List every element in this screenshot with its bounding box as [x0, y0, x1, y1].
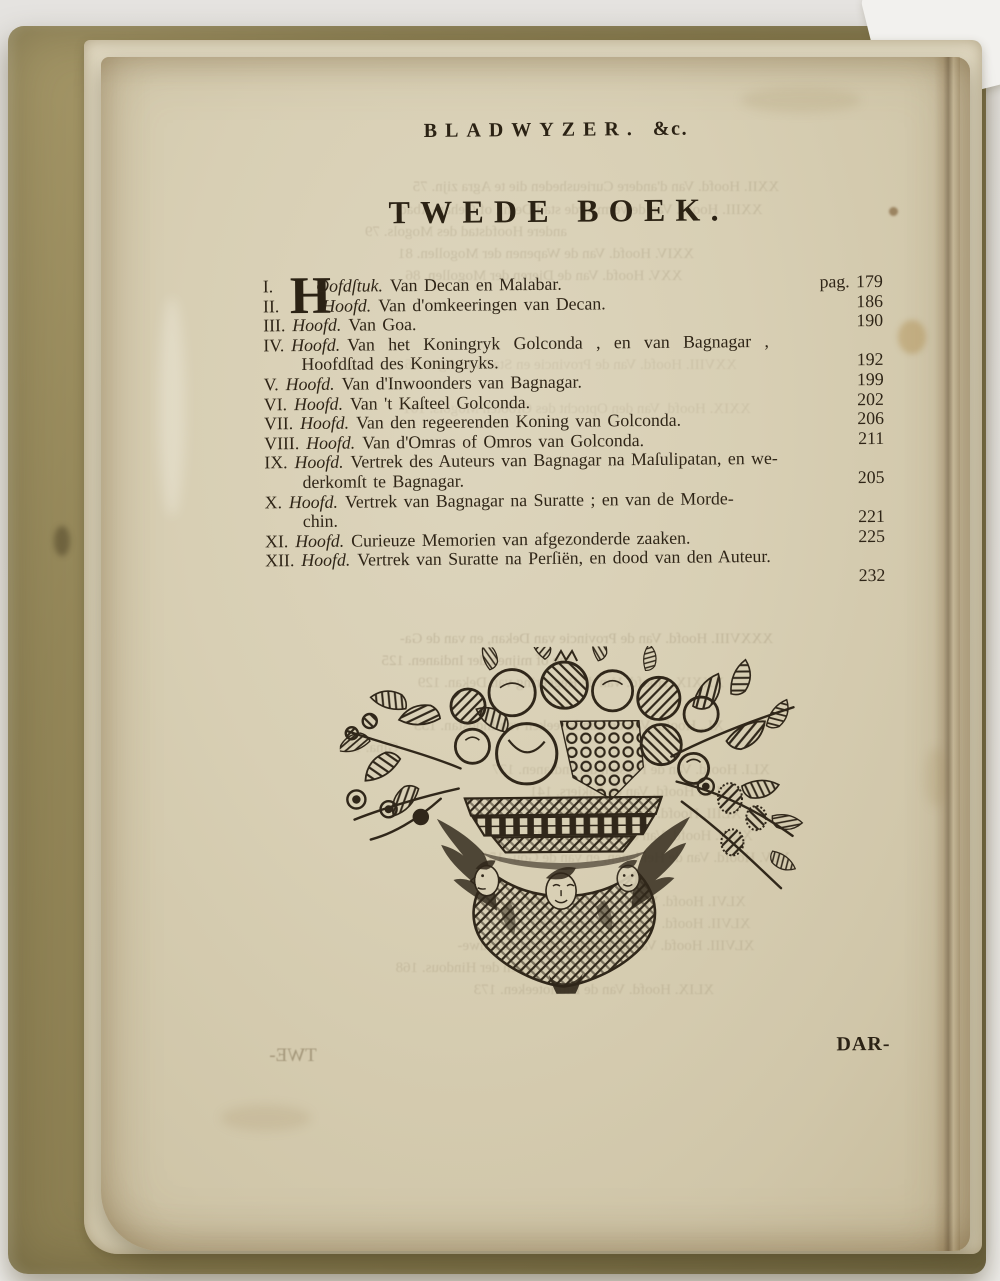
toc-chapter-title: Vertrek van Bagnagar na Suratte ; en van…: [303, 488, 734, 531]
book-page: XXII. Hoofd. Van d'andere Curieusheden d…: [101, 57, 970, 1251]
toc-roman-numeral: III.: [263, 315, 285, 335]
toc-roman-numeral: VI.: [264, 394, 287, 414]
toc-roman-numeral: X.: [265, 492, 282, 512]
toc-page-value: 190: [856, 310, 883, 330]
toc-chapter-title: Vertrek des Auteurs van Bagnagar na Maſu…: [302, 448, 777, 492]
toc-page-number: 225: [858, 527, 885, 547]
toc-chapter-label: Hoofd.: [292, 315, 341, 335]
toc-roman-numeral: II.: [263, 296, 279, 316]
toc-chapter-label: Hoofd.: [300, 413, 349, 433]
toc-roman-numeral: VII.: [264, 413, 293, 433]
toc-page-value: 211: [858, 428, 884, 448]
book-title: TWEDE BOEK.: [124, 189, 993, 234]
toc-chapter-title: Van Goa.: [348, 314, 416, 335]
toc-chapter-title: Van d'Inwoonders van Bagnagar.: [341, 372, 581, 394]
toc-entry: X.Hoofd.Vertrek van Bagnagar na Suratte …: [265, 487, 885, 532]
catchword: DAR-: [836, 1033, 890, 1056]
toc-page-value: 186: [856, 291, 883, 311]
toc-chapter-label: Hoofd.: [294, 393, 343, 413]
toc-page-number: pag. 179: [819, 272, 882, 292]
toc-chapter-title: Van Decan en Malabar.: [390, 274, 562, 295]
toc-chapter-title: Vertrek van Suratte na Perſiën, en dood …: [357, 546, 771, 570]
toc-page-prefix: pag.: [819, 271, 856, 291]
toc-chapter-label: Hoofd.: [295, 530, 344, 550]
toc-chapter-label: Hoofd.: [306, 432, 355, 452]
toc-roman-numeral: IV.: [263, 335, 284, 355]
toc-chapter-label: Hoofd.: [291, 334, 340, 354]
running-head: BLADWYZER. &c.: [121, 115, 990, 146]
toc-chapter-title: Van 't Kaſteel Golconda.: [350, 392, 530, 414]
toc-page-value: 206: [857, 408, 884, 428]
table-of-contents: H I.Oofdſtuk.Van Decan en Malabar.pag. 1…: [263, 272, 886, 591]
running-head-suffix: &c.: [653, 118, 689, 140]
toc-page-value: 221: [858, 506, 885, 526]
running-head-main: BLADWYZER.: [424, 118, 640, 142]
toc-chapter-title: Van het Koningryk Golconda , en van Bagn…: [301, 331, 769, 375]
toc-page-value: 192: [857, 349, 884, 369]
toc-roman-numeral: VIII.: [264, 433, 299, 453]
toc-roman-numeral: IX.: [264, 453, 287, 473]
toc-chapter-label: Oofdſtuk.: [316, 275, 383, 296]
toc-chapter-label: Hoofd.: [322, 295, 371, 315]
toc-chapter-title: Van d'omkeeringen van Decan.: [378, 293, 606, 315]
toc-entry: IX.Hoofd.Vertrek des Auteurs van Bagnaga…: [264, 448, 884, 493]
toc-page-value: 205: [858, 467, 885, 487]
toc-page-value: 199: [857, 369, 884, 389]
toc-page-number: 186: [856, 292, 883, 312]
gutter-crease: [934, 57, 960, 1251]
toc-page-number: 190: [856, 311, 883, 331]
toc-page-number: 205: [858, 468, 885, 488]
toc-entry: XII.Hoofd.Vertrek van Suratte na Perſiën…: [265, 546, 885, 591]
toc-entry: IV.Hoofd.Van het Koningryk Golconda , en…: [263, 331, 883, 376]
toc-page-number: 202: [857, 390, 884, 410]
scan-backdrop: XXII. Hoofd. Van d'andere Curieusheden d…: [0, 0, 1000, 1281]
toc-page-value: 232: [859, 565, 886, 585]
toc-chapter-label: Hoofd.: [294, 452, 343, 472]
toc-roman-numeral: XI.: [265, 531, 288, 551]
toc-page-number: 211: [858, 429, 884, 449]
page-content: BLADWYZER. &c. TWEDE BOEK. H I.Oofdſtuk.…: [97, 53, 976, 1255]
toc-page-number: 206: [857, 409, 884, 429]
toc-page-value: 225: [858, 526, 885, 546]
toc-page-number: 192: [857, 350, 884, 370]
toc-chapter-label: Hoofd.: [289, 491, 338, 511]
toc-page-value: 179: [856, 271, 883, 291]
toc-page-number: 199: [857, 370, 884, 390]
fruit-basket-woodcut: [339, 645, 806, 996]
toc-roman-numeral: I.: [263, 276, 274, 296]
toc-roman-numeral: V.: [264, 374, 279, 394]
toc-page-number: 221: [858, 507, 885, 527]
toc-page-value: 202: [857, 389, 884, 409]
cover-smudge: [54, 526, 70, 556]
toc-roman-numeral: XII.: [265, 550, 294, 570]
toc-entries: I.Oofdſtuk.Van Decan en Malabar.pag. 179…: [263, 272, 886, 591]
toc-chapter-label: Hoofd.: [301, 550, 350, 570]
toc-chapter-label: Hoofd.: [286, 374, 335, 394]
